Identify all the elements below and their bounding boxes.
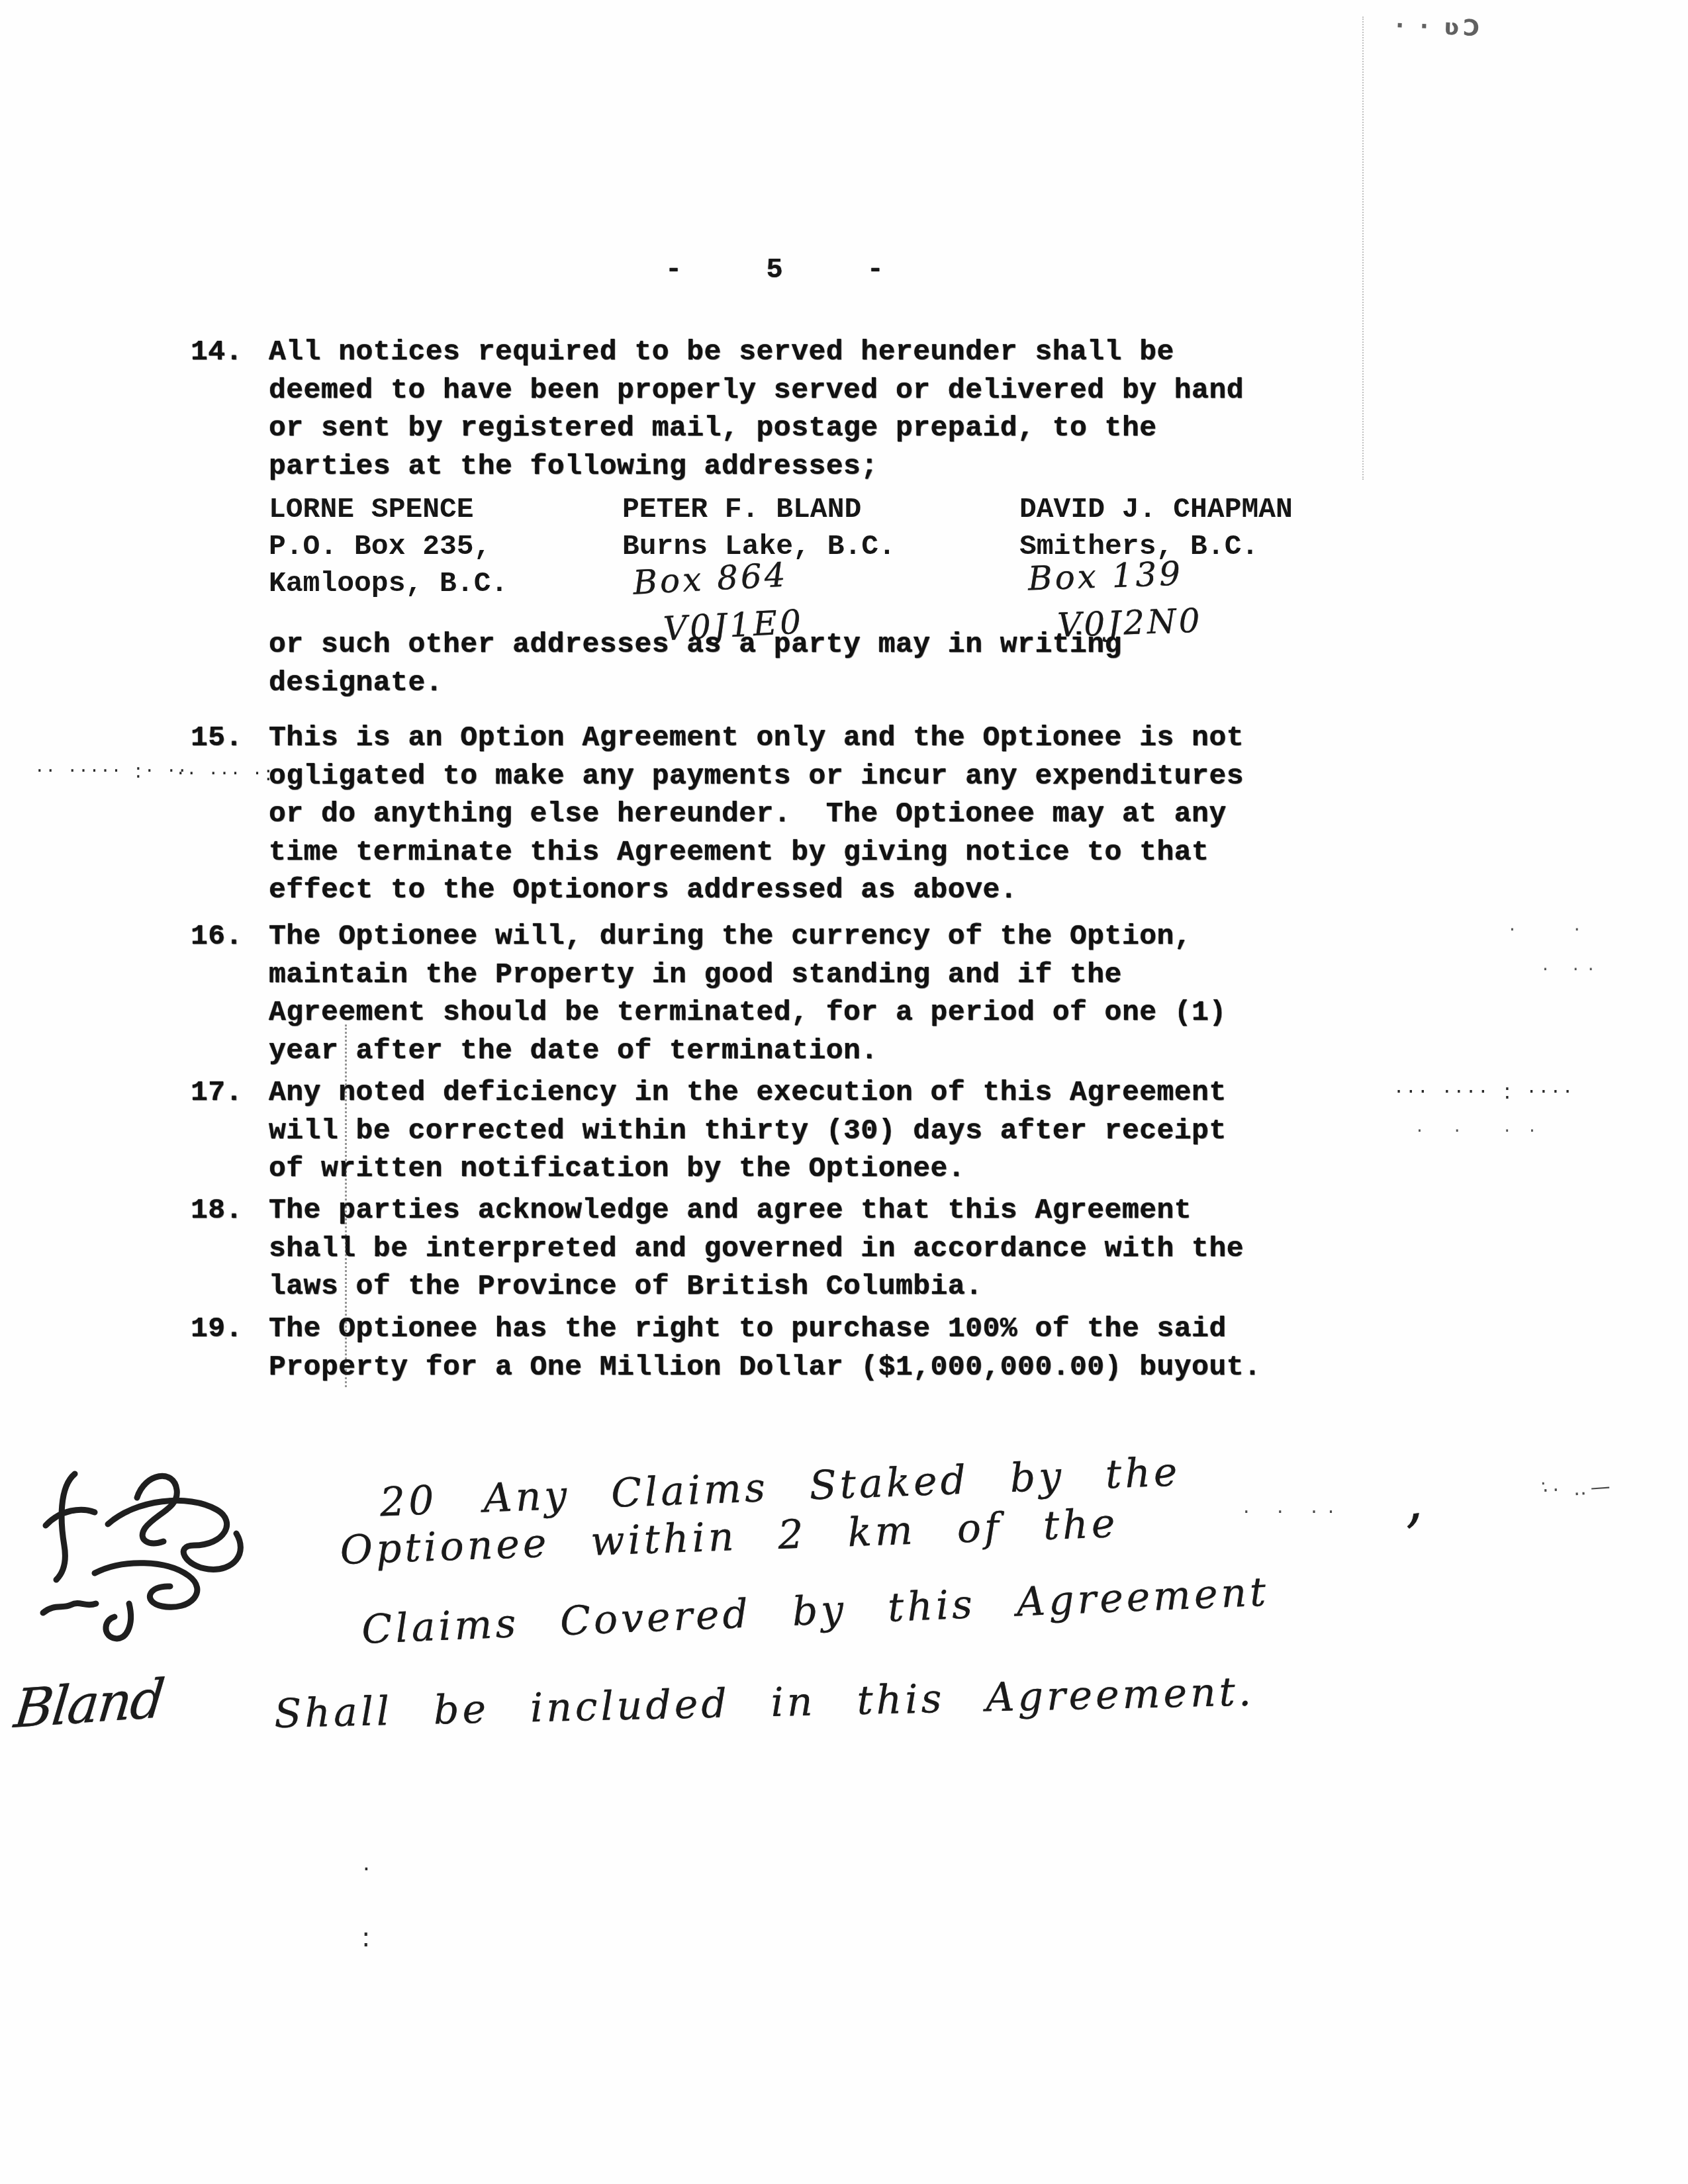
noise-dots: ·· ····· :· ·· <box>36 760 190 783</box>
noise-dots: ·̇· ‥— <box>1542 1475 1615 1502</box>
text-line: shall be interpreted and governed in acc… <box>269 1230 1434 1268</box>
text-line: The Optionee has the right to purchase 1… <box>269 1310 1434 1348</box>
clause-14-number: 14. <box>191 333 243 371</box>
noise-colon: : <box>361 1923 370 1953</box>
page-number-dash-left: - <box>665 253 682 287</box>
text-line: PETER F. BLAND <box>622 491 896 528</box>
text-line: Any noted deficiency in the execution of… <box>269 1073 1434 1112</box>
handwritten-clause-20-number: 20 <box>379 1477 438 1525</box>
clause-14-text: All notices required to be served hereun… <box>269 333 1434 485</box>
noise-dots: ·· ··· ·: <box>177 762 276 786</box>
text-line: or do anything else hereunder. The Optio… <box>269 795 1434 833</box>
text-line: or such other addresses as a party may i… <box>269 625 1434 664</box>
text-line: ogligated to make any payments or incur … <box>269 757 1434 796</box>
text-line: The parties acknowledge and agree that t… <box>269 1191 1434 1230</box>
margin-initials-scribble <box>36 1459 275 1664</box>
text-line: deemed to have been properly served or d… <box>269 371 1434 410</box>
noise-dots: · · ·· <box>1243 1501 1344 1524</box>
clause-18: 18. The parties acknowledge and agree th… <box>0 1191 1688 1306</box>
text-line: year after the date of termination. <box>269 1032 1434 1070</box>
clause-17-number: 17. <box>191 1073 243 1112</box>
noise-dots: ··· ···· : ···· <box>1395 1079 1576 1104</box>
text-line: Box 139 <box>1027 549 1202 602</box>
clause-15-text: This is an Option Agreement only and the… <box>269 719 1434 909</box>
text-line: Box 864 <box>632 550 802 606</box>
clause-19: 19. The Optionee has the right to purcha… <box>0 1310 1688 1386</box>
clause-16-number: 16. <box>191 917 243 956</box>
text-line: designate. <box>269 664 1434 702</box>
clause-14-continuation: or such other addresses as a party may i… <box>0 625 1688 702</box>
text-line: Agreement should be terminated, for a pe… <box>269 993 1434 1032</box>
page-number: - 5 - <box>665 253 884 287</box>
text-line: This is an Option Agreement only and the… <box>269 719 1434 757</box>
noise-dots: · · · · <box>1417 1120 1542 1142</box>
handwritten-comma: , <box>1400 1465 1426 1535</box>
clause-19-text: The Optionee has the right to purchase 1… <box>269 1310 1434 1386</box>
clause-15: 15. This is an Option Agreement only and… <box>0 719 1688 909</box>
clause-19-number: 19. <box>191 1310 243 1348</box>
bland-signature: Bland <box>11 1668 166 1741</box>
text-line: effect to the Optionors addressed as abo… <box>269 871 1434 909</box>
text-line: will be corrected within thirty (30) day… <box>269 1112 1434 1150</box>
text-line: All notices required to be served hereun… <box>269 333 1434 371</box>
address-david-chapman: DAVID J. CHAPMANSmithers, B.C. Box 139V0… <box>1019 491 1293 565</box>
text-line: maintain the Property in good standing a… <box>269 956 1434 994</box>
text-line: parties at the following addresses; <box>269 447 1434 486</box>
text-line: time terminate this Agreement by giving … <box>269 833 1434 872</box>
clause-18-number: 18. <box>191 1191 243 1230</box>
clause-17-text: Any noted deficiency in the execution of… <box>269 1073 1434 1188</box>
clause-18-text: The parties acknowledge and agree that t… <box>269 1191 1434 1306</box>
clause-14-continuation-text: or such other addresses as a party may i… <box>269 625 1434 702</box>
clause-16: 16. The Optionee will, during the curren… <box>0 917 1688 1069</box>
clause-15-number: 15. <box>191 719 243 757</box>
text-line: of written notification by the Optionee. <box>269 1150 1434 1188</box>
noise-dots: · · <box>1509 919 1607 940</box>
clause-16-text: The Optionee will, during the currency o… <box>269 917 1434 1069</box>
text-line: Kamloops, B.C. <box>269 565 508 602</box>
text-line: P.O. Box 235, <box>269 528 508 565</box>
text-line: LORNE SPENCE <box>269 491 508 528</box>
photocopy-corner-artifact: · · ʋƆ <box>1395 13 1483 42</box>
noise-dot: · <box>363 1856 370 1883</box>
scanned-document-page: · · ʋƆ - 5 - 14. All notices required to… <box>0 0 1688 2184</box>
page-number-digit: 5 <box>766 253 782 287</box>
text-line: Property for a One Million Dollar ($1,00… <box>269 1348 1434 1387</box>
handwritten-clause-20-line-4: Shall be included in this Agreement. <box>273 1668 1254 1737</box>
page-number-dash-right: - <box>867 253 884 287</box>
text-line: DAVID J. CHAPMAN <box>1019 491 1293 528</box>
text-line: laws of the Province of British Columbia… <box>269 1267 1434 1306</box>
handwritten-clause-20-line-3: Claims Covered by this Agreement <box>361 1569 1270 1653</box>
noise-dots: · ·· <box>1542 958 1603 980</box>
text-line: The Optionee will, during the currency o… <box>269 917 1434 956</box>
fold-line-artifact <box>345 1024 347 1387</box>
text-line: or sent by registered mail, postage prep… <box>269 409 1434 447</box>
address-peter-bland: PETER F. BLANDBurns Lake, B.C. Box 864V0… <box>622 491 896 565</box>
address-lorne-spence: LORNE SPENCEP.O. Box 235,Kamloops, B.C. <box>269 491 508 602</box>
clause-14: 14. All notices required to be served he… <box>0 333 1688 485</box>
